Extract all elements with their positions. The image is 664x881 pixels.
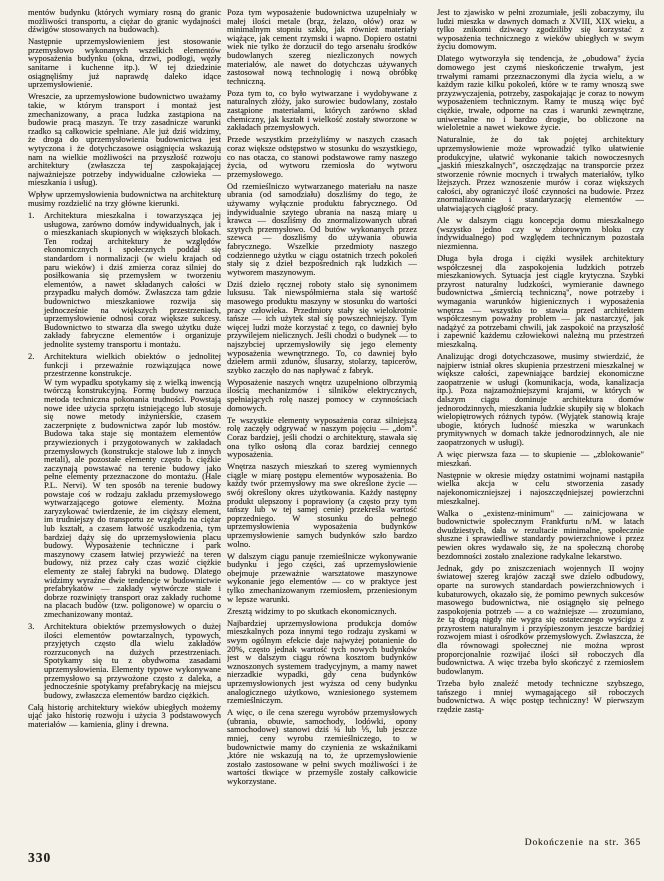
paragraph: Przede wszystkim przeżyliśmy w naszych c… [227, 135, 417, 178]
paragraph: Wreszcie, za uprzemysłowione budownictwo… [28, 92, 221, 187]
text-column-2: Poza tym wyposażenie budownictwa uzupełn… [227, 8, 417, 854]
paragraph: Jest to zjawisko w pełni zrozumiałe, jeś… [437, 8, 644, 51]
list-number: 3. [28, 622, 44, 699]
numbered-list-item: 1. Architektura mieszkalna i towarzysząc… [28, 211, 221, 349]
numbered-list-item: 3. Architektura obiektów przemysłowych o… [28, 622, 221, 699]
paragraph: Całą historię architektury wieków ubiegł… [28, 703, 221, 729]
paragraph: Ale w dalszym ciągu koncepcja domu miesz… [437, 216, 644, 250]
paragraph: Następnie w okresie między ostatnimi woj… [437, 471, 644, 505]
paragraph: Trzeba było znaleźć metody techniczne sz… [437, 679, 644, 713]
paragraph: A więc pierwsza faza — to skupienie — „z… [437, 450, 644, 467]
paragraph: Jednak, gdy po zniszczeniach wojennych I… [437, 564, 644, 676]
list-number: 1. [28, 211, 44, 349]
paragraph: Architektura obiektów przemysłowych o du… [44, 622, 221, 699]
paragraph: Od rzemieślniczo wytwarzanego materiału … [227, 182, 417, 277]
paragraph: Architektura wielkich obiektów o jednoli… [44, 352, 221, 378]
paragraph: Poza tym to, co było wytwarzane i wydoby… [227, 89, 417, 132]
paragraph: Naturalnie, że do tak pojętej architektu… [437, 135, 644, 212]
text-column-1: mentów budynku (których wymiary rosną do… [28, 8, 221, 854]
continuation-note: Dokończenie na str. 365 [437, 838, 641, 848]
paragraph: Najbardziej uprzemysłowiona produkcja do… [227, 619, 417, 705]
paragraph: Wnętrza naszych mieszkań to szereg wymie… [227, 462, 417, 548]
paragraph: W tym wypadku spotykamy się z wielką inw… [44, 378, 221, 619]
paragraph: A więc, o ile cena szeregu wyrobów przem… [227, 708, 417, 785]
numbered-list-item: 2. Architektura wielkich obiektów o jedn… [28, 352, 221, 618]
paragraph: Analizując drogi dotychczasowe, musimy s… [437, 352, 644, 447]
paragraph: Dlatego wytworzyła się tendencja, że „ob… [437, 54, 644, 131]
paragraph: Następnie uprzemysłowieniem jest stosowa… [28, 37, 221, 89]
scanned-article-page: mentów budynku (których wymiary rosną do… [0, 0, 664, 881]
paragraph: Architektura mieszkalna i towarzysząca j… [44, 211, 221, 349]
paragraph: Walka o „existenz-minimum" — zainicjowan… [437, 509, 644, 561]
paragraph: W dalszym ciągu panuje rzemieślnicze wyk… [227, 552, 417, 604]
paragraph: Wyposażenie naszych wnętrz uzupełniono o… [227, 378, 417, 412]
paragraph: Zresztą widzimy to po skutkach ekonomicz… [227, 607, 417, 616]
text-column-3: Jest to zjawisko w pełni zrozumiałe, jeś… [437, 8, 644, 854]
paragraph: mentów budynku (których wymiary rosną do… [28, 8, 221, 34]
paragraph: Poza tym wyposażenie budownictwa uzupełn… [227, 8, 417, 85]
paragraph: Te wszystkie elementy wyposażenia coraz … [227, 416, 417, 459]
paragraph: Wpływ uprzemysłowienia budownictwa na ar… [28, 190, 221, 207]
paragraph: Dziś dzieło ręcznej roboty stało się syn… [227, 280, 417, 375]
page-number: 330 [28, 850, 51, 866]
paragraph: Długa była droga i ciężki wysiłek archit… [437, 254, 644, 349]
list-number: 2. [28, 352, 44, 618]
